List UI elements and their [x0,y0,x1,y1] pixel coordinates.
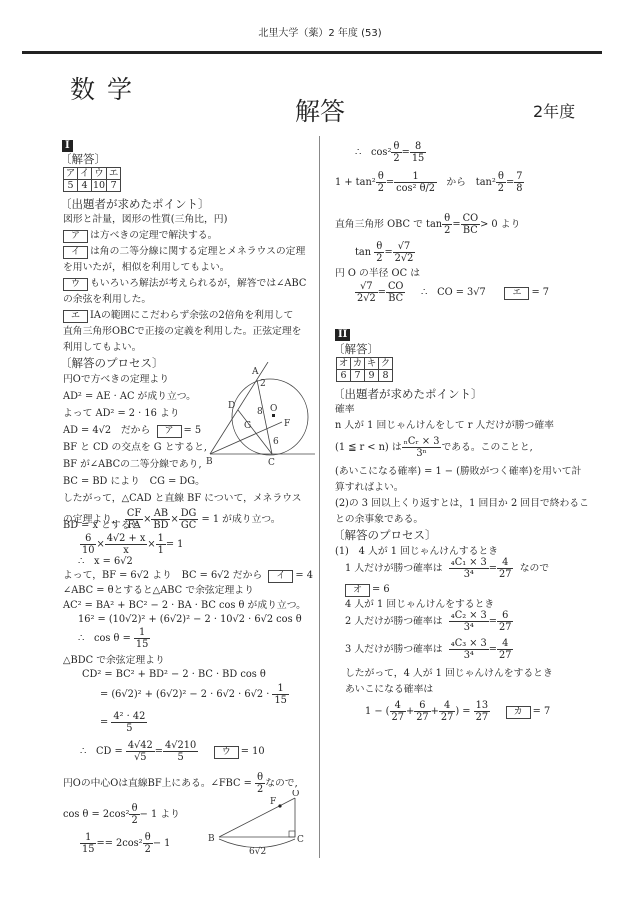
process-line: AD² = AE · AC が成り立つ。 [63,391,196,403]
answer-box: オ [345,584,370,597]
continued-line: √72√2=COBC ∴ CO = 3√7 エ= 7 [355,281,549,304]
process-line: BF と CD の交点を G とすると, [63,442,207,454]
answer-heading-2: 〔解答〕 [333,342,379,356]
svg-text:B: B [208,834,215,844]
process-line: あいこになる確率は [345,684,433,696]
points-line: との余事象である。 [335,514,423,526]
process-line: ∠ABC = θとすると△ABC で余弦定理より [63,585,254,597]
process-line: 3 人だけが勝つ確率は ₄C₃ × 33⁴=427 [345,638,513,661]
process-line: AD = 4√2 だから ア= 5 [63,425,201,438]
points-line: (あいこになる確率) = 1 − (勝敗がつく確率)を用いて計 [335,466,581,478]
process-line: オ= 6 [345,584,390,597]
answer-label: オ [337,358,351,370]
points-line: 算すればよい。 [335,482,404,494]
process-line: CD² = BC² + BD² − 2 · BC · BD cos θ [82,669,266,681]
points-line: ウもいろいろ解法が考えられるが，解答では∠ABC [63,278,306,291]
svg-text:O: O [270,404,277,414]
answer-value: 7 [351,370,365,382]
process-line: BC = BD により CG = DG。 [63,476,205,488]
answer-label: エ [107,168,121,180]
points-line: (2)の 3 回以上くり返すとは，1 回目か 2 回目で終わるこ [335,498,589,510]
svg-text:G: G [244,421,251,431]
svg-text:2: 2 [260,379,266,389]
answer-box: ウ [214,746,239,759]
process-line: 16² = (10√2)² + (6√2)² − 2 · 10√2 · 6√2 … [78,614,302,626]
process-line: よって AD² = 2 · 16 より [63,408,180,420]
fraction: ABBD [151,508,170,531]
answer-value: 5 [64,180,78,192]
answer-table-2: オ カ キ ク 6 7 9 8 [336,357,393,382]
continued-line: 1 + tan²θ2=1cos² θ/2 から tan²θ2=78 [335,171,524,194]
process-line: 115== 2cos²θ2− 1 [80,832,170,855]
points-heading-2: 〔出題者が求めたポイント〕 [333,387,483,401]
answer-box: ア [63,230,88,243]
points-line: アは方べきの定理で解決する。 [63,230,217,243]
process-line: = 4² · 425 [100,711,147,734]
answer-value: 8 [379,370,393,382]
process-line: ∴ CD = 4√42√5=4√2105 ウ= 10 [80,740,265,763]
header-rule [22,51,602,54]
continued-line: ∴ cos²θ2=815 [355,141,426,164]
svg-text:A: A [251,367,259,377]
answer-box: エ [504,287,529,300]
svg-text:C: C [297,835,304,845]
answer-label: ク [379,358,393,370]
process-line: cos θ = 2cos²θ2− 1 より [63,803,180,826]
answer-box: ウ [63,278,88,291]
process-line: BD = x とすると [63,520,140,532]
points-line: n 人が 1 回じゃんけんをして r 人だけが勝つ確率 [335,420,554,432]
process-line: ∴ cos θ = 115 [78,627,150,650]
answer-value: 4 [78,180,92,192]
continued-line: 円 O の半径 OC は [335,268,420,280]
process-line: 2 人だけが勝つ確率は ₄C₂ × 33⁴=627 [345,610,513,633]
svg-text:6√2: 6√2 [249,846,266,857]
section-mark-2: II [335,328,350,341]
right-triangle-diagram: O F B C 6√2 [205,790,315,860]
answer-label: ア [64,168,78,180]
svg-text:F: F [284,419,290,429]
process-line: したがって，4 人が 1 回じゃんけんをするとき [345,668,553,680]
year-label: 2年度 [533,102,575,122]
page-title: 解答 [295,96,345,127]
svg-text:O: O [292,790,299,799]
answer-box: エ [63,310,88,323]
process-line: = (6√2)² + (6√2)² − 2 · 6√2 · 6√2 · 115 [100,683,289,706]
points-line: イは角の二等分線に関する定理とメネラウスの定理 [63,246,305,259]
answer-value: 9 [365,370,379,382]
fraction: DGGC [179,508,199,531]
column-divider [319,136,320,858]
points-line: エIAの範囲にこだわらず余弦の2倍角を利用して [63,310,293,323]
answer-label: ウ [92,168,107,180]
points-line: 確率 [335,404,355,416]
answer-value: 7 [107,180,121,192]
svg-text:F: F [270,797,276,807]
svg-text:6: 6 [273,437,279,447]
answer-box: カ [506,706,531,719]
points-line: の余弦を利用した。 [63,294,151,306]
process-line: AC² = BA² + BC² − 2 · BA · BC cos θ が成り立… [63,600,306,612]
points-line: 利用してもよい。 [63,342,141,354]
svg-text:8: 8 [257,407,263,417]
process-heading-2: 〔解答のプロセス〕 [333,528,437,542]
process-line: BF が∠ABCの二等分線であり, [63,459,202,471]
answer-label: キ [365,358,379,370]
continued-line: tan θ2=√72√2 [355,241,415,264]
points-line: 図形と計量，図形の性質(三角比，円) [63,214,227,226]
answer-value: 10 [92,180,107,192]
continued-line: 直角三角形 OBC で tanθ2=COBC> 0 より [335,213,520,236]
process-line: 円Oで方べきの定理より [63,374,169,386]
answer-label: カ [351,358,365,370]
process-line: 1 人だけが勝つ確率は ₄C₁ × 33⁴=427 なので [345,557,549,580]
points-line: 直角三角形OBCで正接の定義を利用した。正弦定理を [63,326,301,338]
process-line: よって，BF = 6√2 より BC = 6√2 だから イ= 4 [63,570,313,583]
answer-box: ア [157,425,182,438]
answer-label: イ [78,168,92,180]
answer-value: 6 [337,370,351,382]
section-mark-1: I [62,139,73,152]
svg-text:B: B [206,457,213,466]
points-heading-1: 〔出題者が求めたポイント〕 [60,197,210,211]
process-line: 1 − (427+627+427) = 1327 カ= 7 [365,700,550,723]
points-line: を用いたが，相似を利用してもよい。 [63,262,230,274]
answer-heading-1: 〔解答〕 [60,152,106,166]
process-heading-1: 〔解答のプロセス〕 [60,356,164,370]
answer-table-1: ア イ ウ エ 5 4 10 7 [63,167,121,192]
svg-text:D: D [228,401,235,411]
process-line: △BDC で余弦定理より [63,655,165,667]
process-line: ∴ x = 6√2 [78,556,133,568]
answer-box: イ [63,246,88,259]
process-line: したがって，△CAD と直線 BF について，メネラウス [63,493,302,505]
points-line: (1 ≦ r < n) はₙCᵣ × 33ⁿである。このことと, [335,436,533,459]
running-head: 北里大学（薬）2 年度 (53) [0,28,640,41]
svg-text:C: C [268,458,275,466]
subject-title: 数学 [70,74,144,105]
triangle-circle-diagram: A 2 D 8 O G F 6 B C [200,362,318,466]
answer-box: イ [268,570,293,583]
equation: 610×4√2 + xx×11= 1 [80,533,183,556]
